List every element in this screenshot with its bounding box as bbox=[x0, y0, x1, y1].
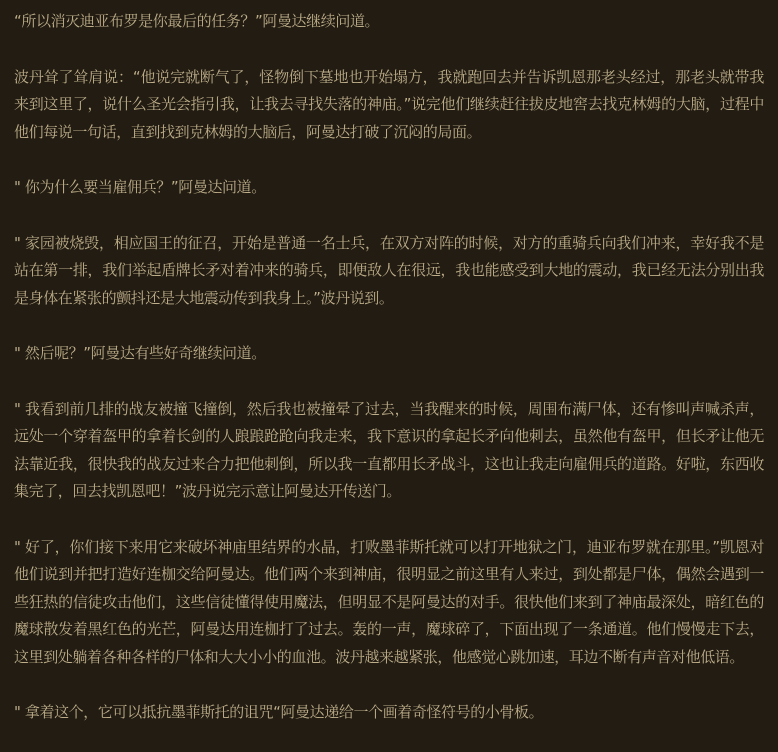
paragraph: " 我看到前几排的战友被撞飞撞倒，然后我也被撞晕了过去，当我醒来的时候，周围布满… bbox=[14, 396, 764, 506]
paragraph: " 然后呢？”阿曼达有些好奇继续问道。 bbox=[14, 340, 764, 368]
paragraph: " 家园被烧毁，相应国王的征召，开始是普通一名士兵，在双方对阵的时候，对方的重骑… bbox=[14, 230, 764, 313]
paragraph: " 好了，你们接下来用它来破坏神庙里结界的水晶，打败墨菲斯托就可以打开地狱之门，… bbox=[14, 534, 764, 672]
paragraph: 波丹耸了耸肩说：“他说完就断气了，怪物倒下墓地也开始塌方，我就跑回去并告诉凯恩那… bbox=[14, 64, 764, 147]
paragraph: " 你为什么要当雇佣兵？”阿曼达问道。 bbox=[14, 174, 764, 202]
novel-reader-page: “所以消灭迪亚布罗是你最后的任务？”阿曼达继续问道。 波丹耸了耸肩说：“他说完就… bbox=[0, 0, 778, 752]
paragraph: “所以消灭迪亚布罗是你最后的任务？”阿曼达继续问道。 bbox=[14, 8, 764, 36]
paragraph: " 拿着这个，它可以抵抗墨菲斯托的诅咒“阿曼达递给一个画着奇怪符号的小骨板。 bbox=[14, 699, 764, 727]
